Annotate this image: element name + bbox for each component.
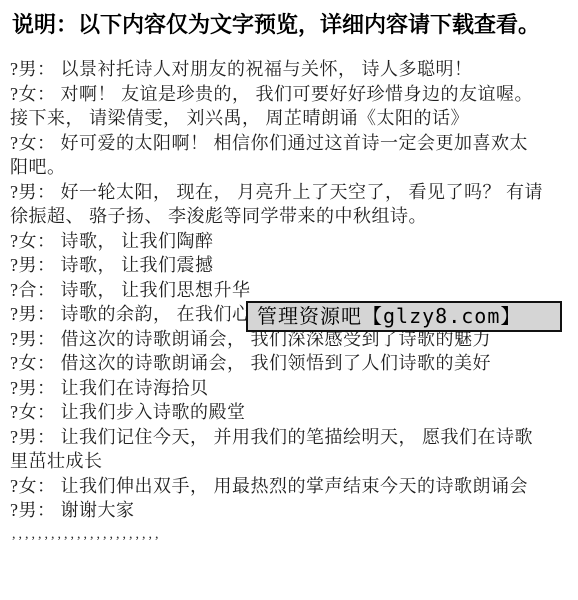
- script-line: ?女： 好可爱的太阳啊！ 相信你们通过这首诗一定会更加喜欢太: [10, 131, 576, 156]
- script-line: ?女： 对啊！ 友谊是珍贵的， 我们可要好好珍惜身边的友谊喔。: [10, 82, 576, 107]
- ellipsis-row: ,,,,,,,,,,,,,,,,,,,,,,,: [10, 523, 576, 548]
- script-line: ?女： 诗歌， 让我们陶醉: [10, 229, 576, 254]
- script-line: ?男： 好一轮太阳， 现在， 月亮升上了天空了， 看见了吗？ 有请: [10, 180, 576, 205]
- preview-notice: 说明：以下内容仅为文字预览，详细内容请下载查看。: [12, 10, 540, 40]
- script-line: ?女： 让我们伸出双手， 用最热烈的掌声结束今天的诗歌朗诵会: [10, 474, 576, 499]
- script-lines: ?男： 以景衬托诗人对朋友的祝福与关怀， 诗人多聪明！?女： 对啊！ 友谊是珍贵…: [10, 57, 576, 523]
- script-line: ?男： 谢谢大家: [10, 498, 576, 523]
- script-line: 接下来， 请梁倩雯， 刘兴禺， 周芷晴朗诵《太阳的话》: [10, 106, 576, 131]
- script-line: ?男： 以景衬托诗人对朋友的祝福与关怀， 诗人多聪明！: [10, 57, 576, 82]
- script-line: ?男： 让我们在诗海拾贝: [10, 376, 576, 401]
- script-line: ?女： 让我们步入诗歌的殿堂: [10, 400, 576, 425]
- script-line: 徐振超、 骆子扬、 李浚彪等同学带来的中秋组诗。: [10, 204, 576, 229]
- script-line: 里茁壮成长: [10, 449, 576, 474]
- script-line: ?女： 借这次的诗歌朗诵会， 我们领悟到了人们诗歌的美好: [10, 351, 576, 376]
- script-line: ?男： 让我们记住今天， 并用我们的笔描绘明天， 愿我们在诗歌: [10, 425, 576, 450]
- script-line: ?男： 诗歌， 让我们震撼: [10, 253, 576, 278]
- script-line: ?合： 诗歌， 让我们思想升华: [10, 278, 576, 303]
- watermark-badge: 管理资源吧【glzy8.com】: [246, 301, 562, 332]
- preview-page: 说明：以下内容仅为文字预览，详细内容请下载查看。 ?男： 以景衬托诗人对朋友的祝…: [0, 0, 578, 600]
- script-line: 阳吧。: [10, 155, 576, 180]
